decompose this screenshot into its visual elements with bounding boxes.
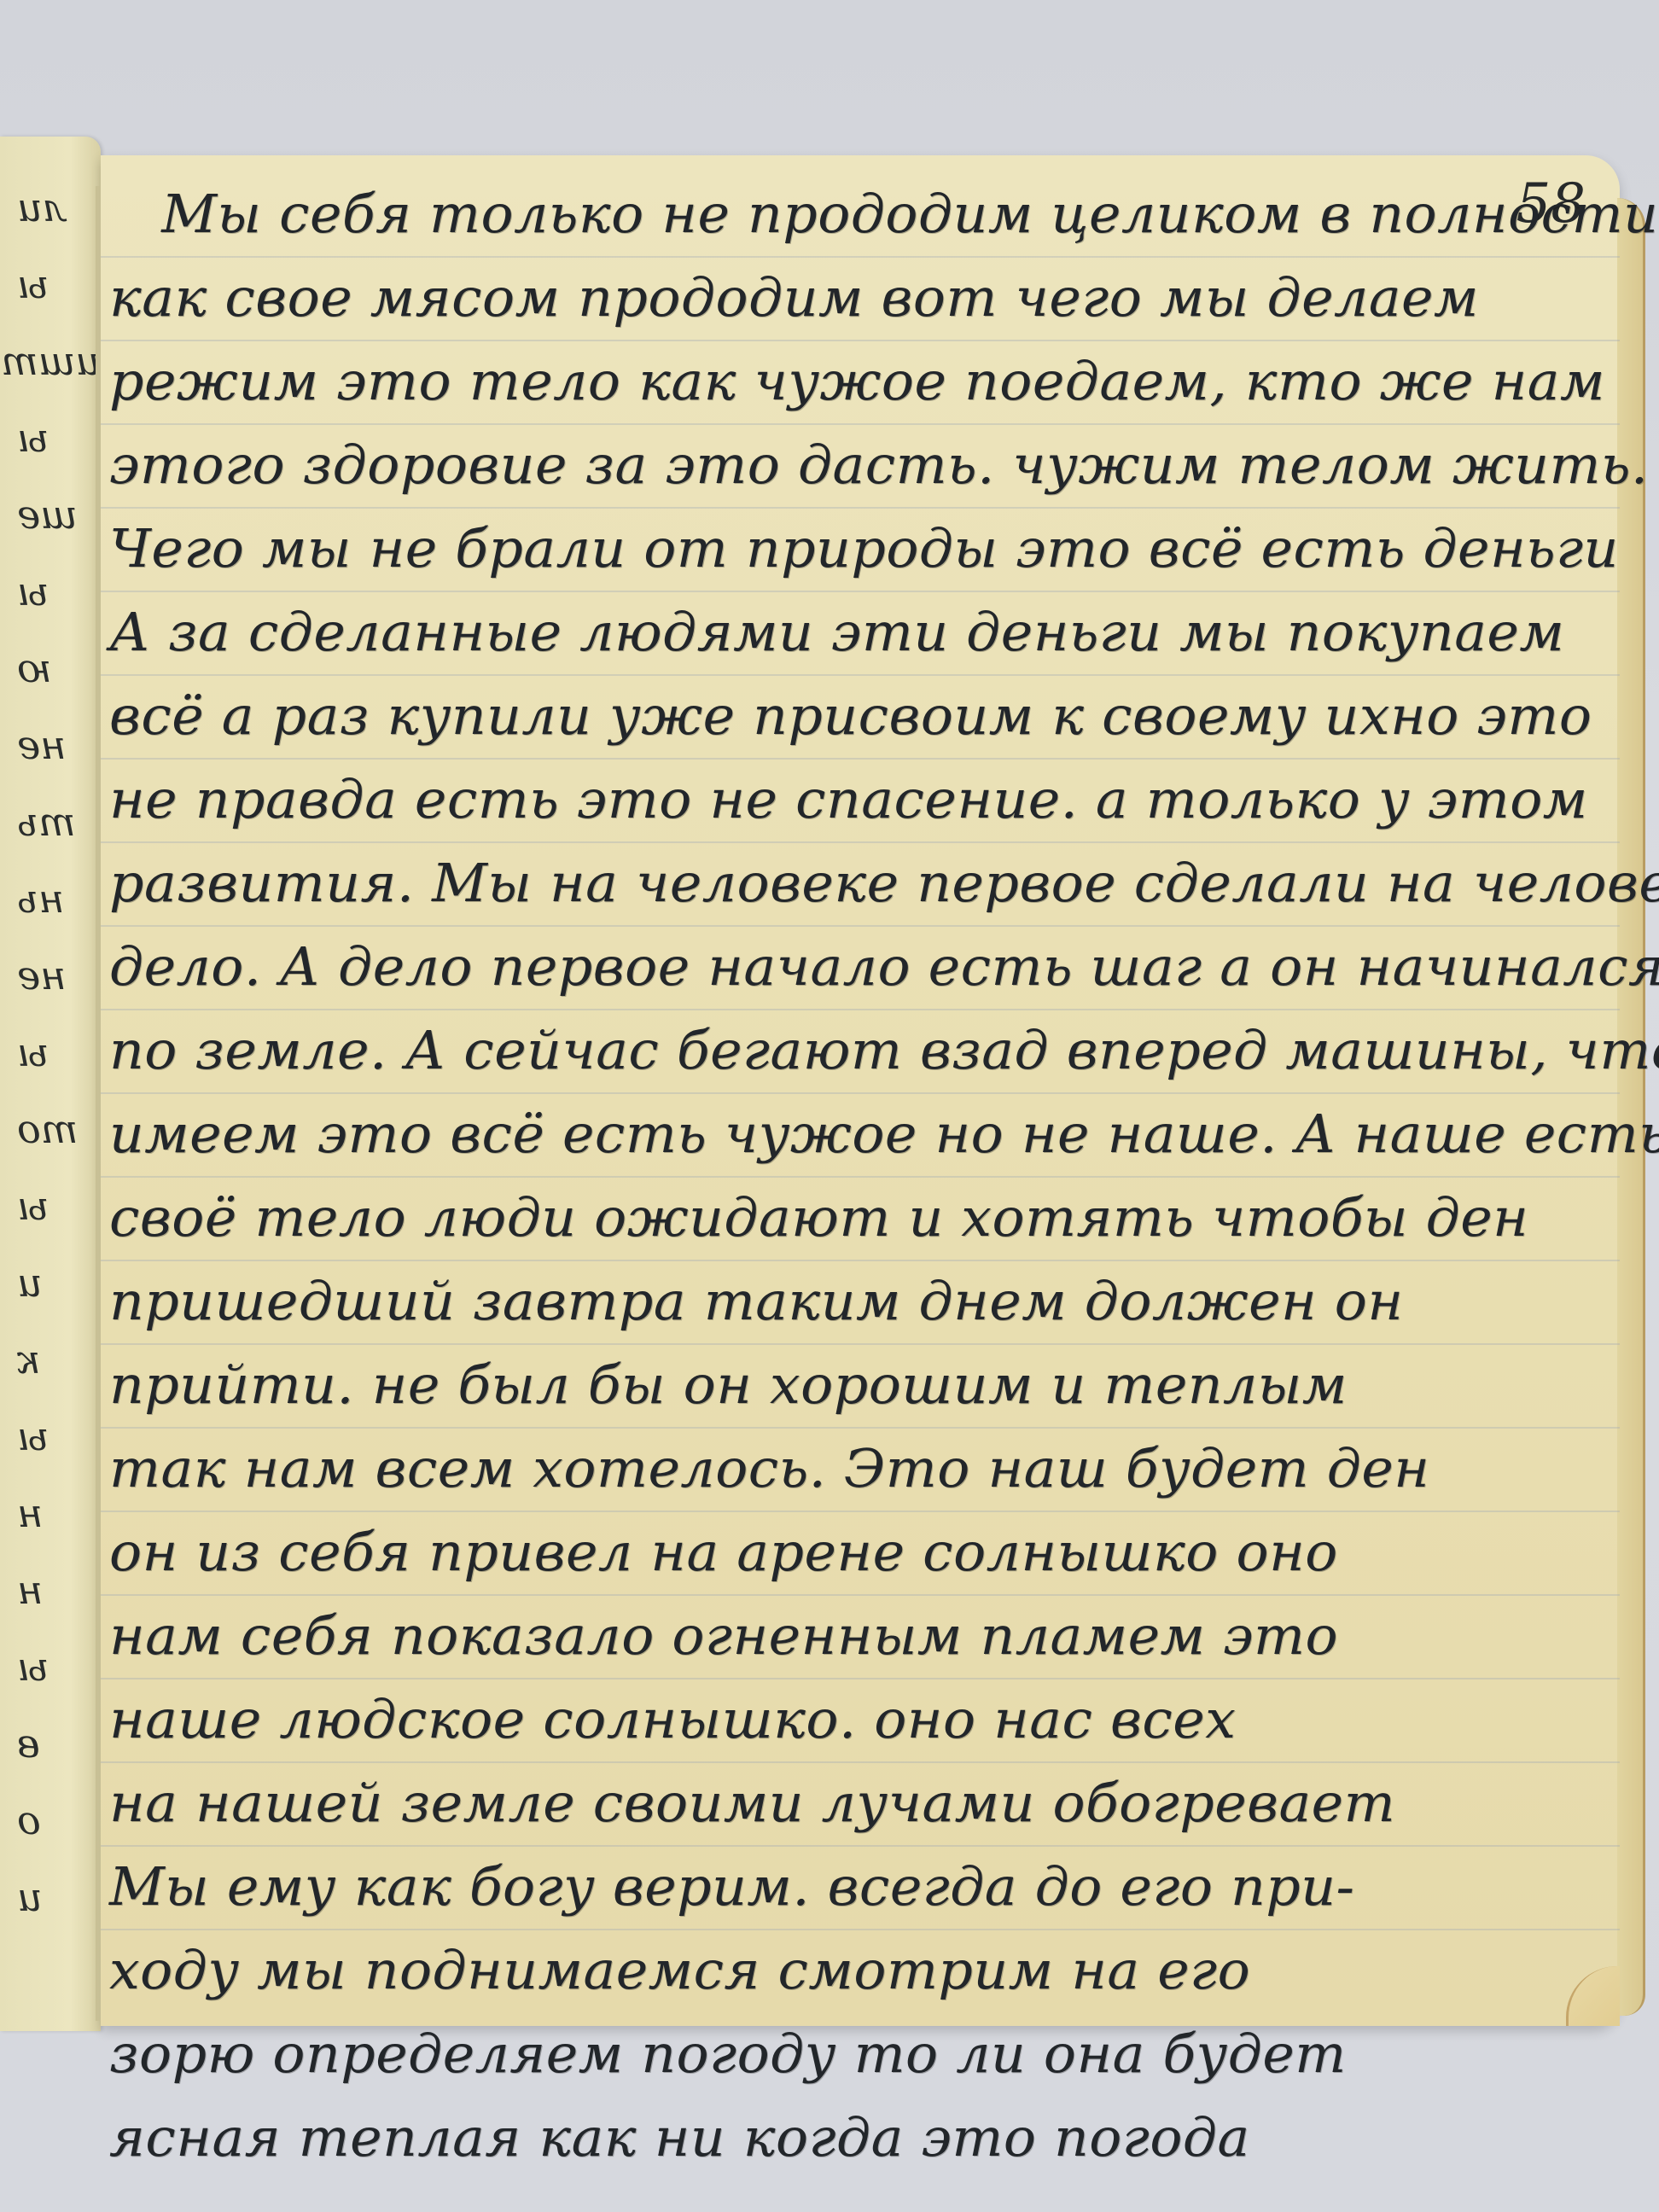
- left-page-fragment: ишт: [0, 341, 101, 381]
- text-line: на нашей земле своими лучами обогревает: [109, 1761, 1589, 1845]
- text-line: зорю определяем погоду то ли она будет: [109, 2012, 1589, 2096]
- text-line: этого здоровие за это дасть. чужим телом…: [109, 423, 1589, 507]
- left-page-fragment: не: [0, 725, 101, 765]
- text-line: наше людское солнышко. оно нас всех: [109, 1678, 1589, 1761]
- text-line: не правда есть это не спасение. а только…: [109, 758, 1589, 841]
- left-page-fragment: н: [0, 1570, 101, 1610]
- text-line: как свое мясом прододим вот чего мы дела…: [109, 256, 1589, 340]
- text-line: так нам всем хотелось. Это наш будет ден: [109, 1427, 1589, 1511]
- left-page-fragment: ы: [0, 1186, 101, 1225]
- left-page-fragment: ть: [0, 802, 101, 841]
- text-line: всё а раз купили уже присвоим к своему и…: [109, 674, 1589, 758]
- left-page-fragment: ю: [0, 649, 101, 688]
- left-page-fragment: ше: [0, 495, 101, 534]
- left-page-fragment: в: [0, 1724, 101, 1763]
- left-page: ли ы ишт ы ше ы ю не ть нь не ы то ы и к…: [0, 137, 101, 2031]
- text-line: А за сделанные людями эти деньги мы поку…: [109, 591, 1589, 674]
- left-page-fragment: не: [0, 956, 101, 995]
- left-page-fragment: ли: [0, 188, 101, 227]
- handwritten-text: Мы себя только не прододим целиком в пол…: [109, 172, 1560, 2180]
- left-page-fragment: и: [0, 1263, 101, 1302]
- left-page-fragment: о: [0, 1801, 101, 1840]
- text-line: имеем это всё есть чужое но не наше. А н…: [109, 1092, 1589, 1176]
- text-line: прийти. не был бы он хорошим и теплым: [109, 1343, 1589, 1427]
- text-line: режим это тело как чужое поедаем, кто же…: [109, 340, 1589, 423]
- text-line: пришедший завтра таким днем должен он: [109, 1260, 1589, 1343]
- left-page-fragment: то: [0, 1109, 101, 1149]
- left-page-fragment: ы: [0, 1033, 101, 1072]
- left-page-fragment: ы: [0, 418, 101, 457]
- text-line: по земле. А сейчас бегают взад вперед ма…: [109, 1009, 1589, 1092]
- text-line: развития. Мы на человеке первое сделали …: [109, 841, 1589, 925]
- left-page-fragment: к: [0, 1340, 101, 1379]
- text-line: нам себя показало огненным пламем это: [109, 1594, 1589, 1678]
- text-line: ясная теплая как ни когда это погода: [109, 2096, 1589, 2180]
- left-page-fragment: и: [0, 1877, 101, 1917]
- left-page-fragment: ы: [0, 1417, 101, 1456]
- right-page: 58 Мы себя только не прододим целиком в …: [101, 155, 1620, 2026]
- text-line: своё тело люди ожидают и хотять чтобы де…: [109, 1176, 1589, 1260]
- text-line: дело. А дело первое начало есть шаг а он…: [109, 925, 1589, 1009]
- left-page-fragment: ы: [0, 1647, 101, 1686]
- left-page-fragment: н: [0, 1493, 101, 1533]
- text-line: Мы себя только не прододим целиком в пол…: [109, 172, 1589, 256]
- left-page-fragment: нь: [0, 879, 101, 918]
- text-line: ходу мы поднимаемся смотрим на его: [109, 1929, 1589, 2012]
- text-line: Чего мы не брали от природы это всё есть…: [109, 507, 1589, 591]
- text-line: Мы ему как богу верим. всегда до его при…: [109, 1845, 1589, 1929]
- left-page-fragment: ы: [0, 265, 101, 304]
- left-page-fragment: ы: [0, 572, 101, 611]
- text-line: он из себя привел на арене солнышко оно: [109, 1511, 1589, 1594]
